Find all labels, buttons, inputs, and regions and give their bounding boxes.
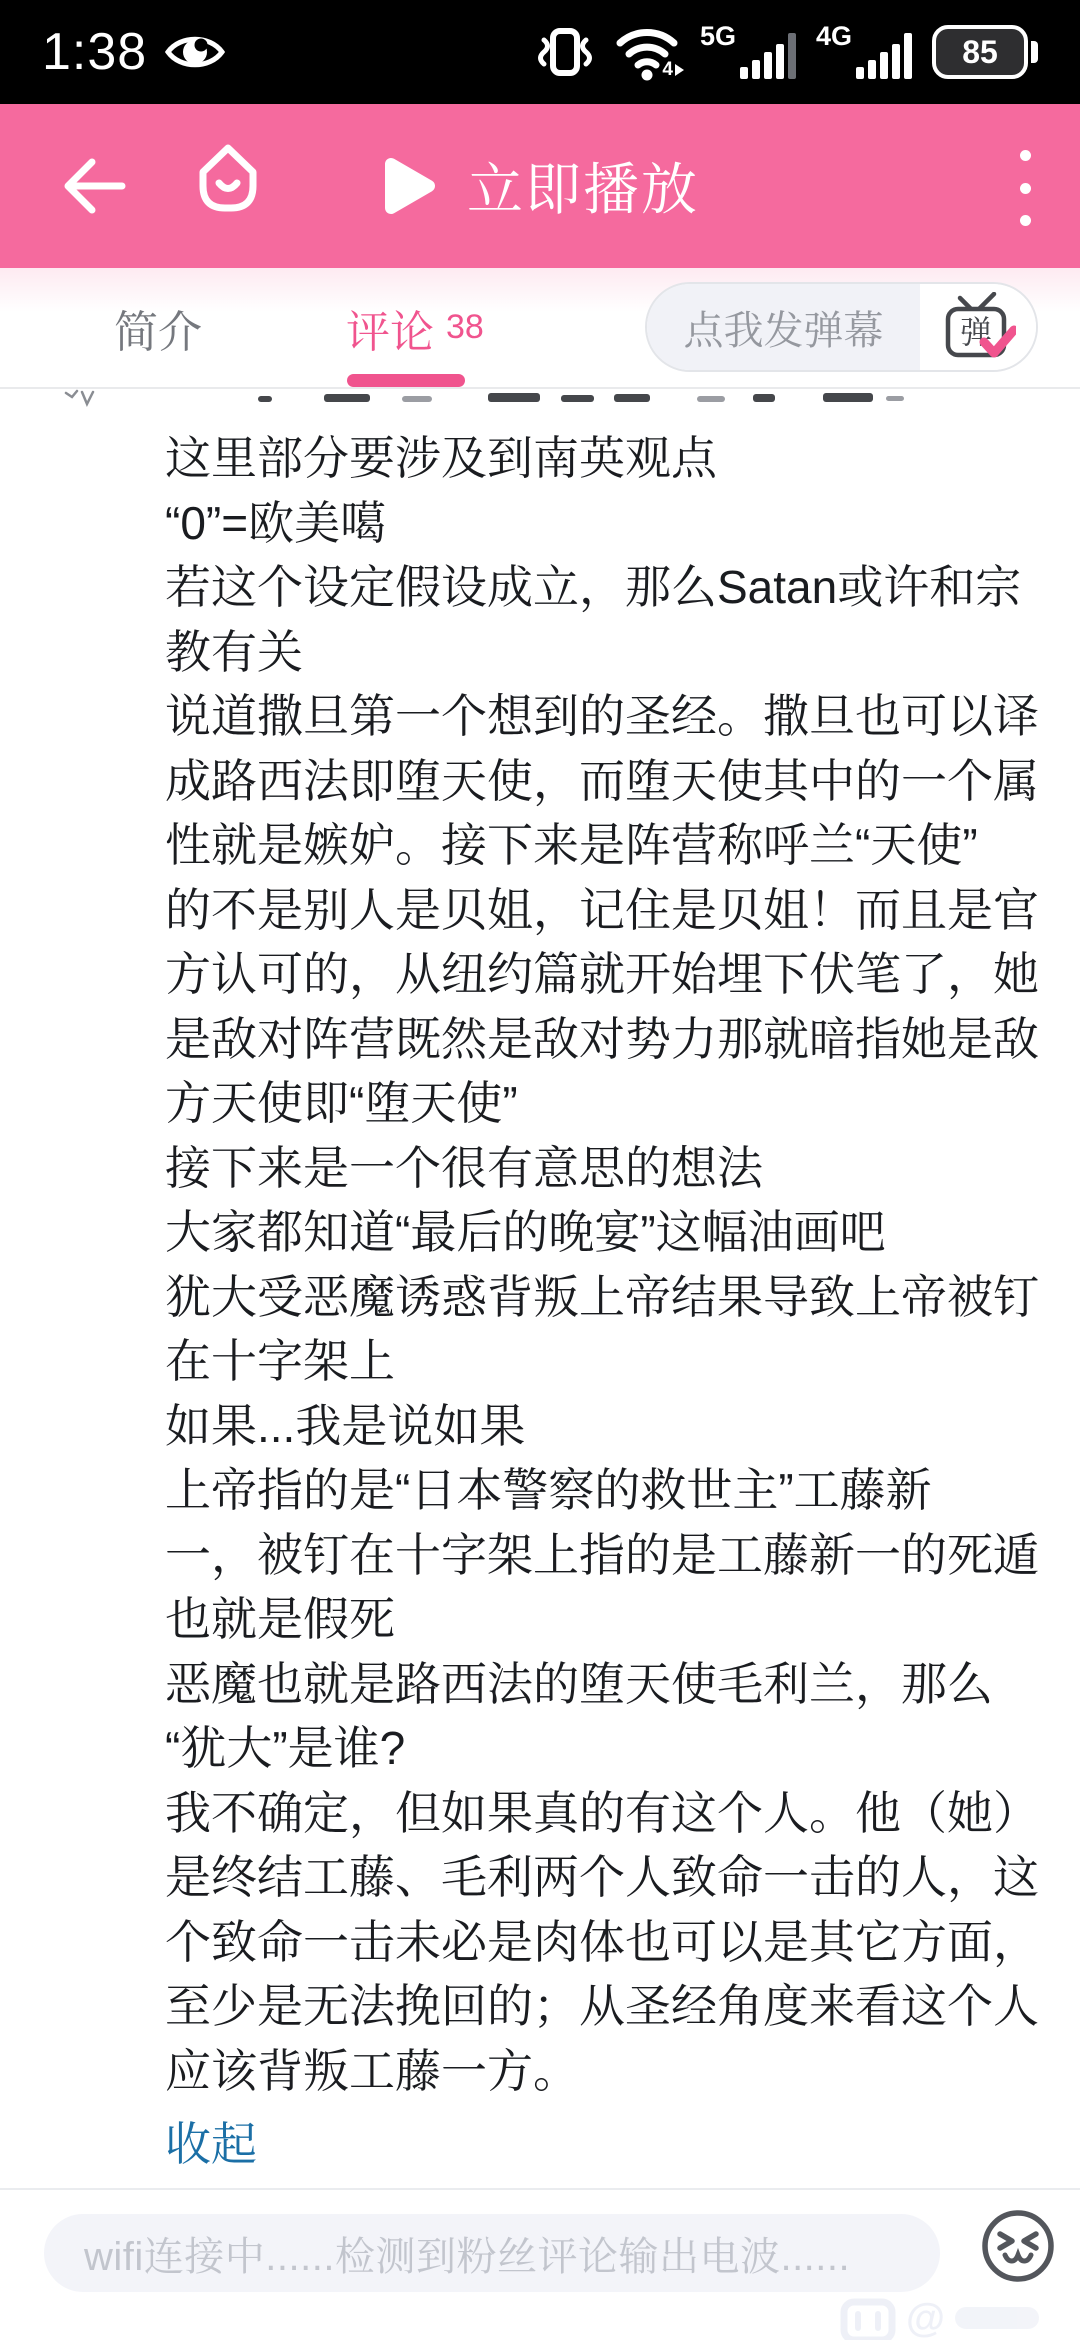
play-now-button[interactable]: 立即播放	[0, 104, 1080, 268]
comment-composer-bar: @ wifi连接中......检测到粉丝评论输出电波......	[0, 2188, 1080, 2340]
status-time: 1:38	[42, 26, 147, 78]
more-menu-icon[interactable]	[1018, 150, 1032, 226]
battery-icon: 85	[932, 25, 1038, 79]
bilibili-video-comment-screen: 1:38 4 5G	[0, 0, 1080, 2340]
play-icon	[381, 156, 437, 216]
signal-4g-icon: 4G	[816, 23, 912, 81]
collapse-comment-link[interactable]: 收起	[165, 2112, 257, 2176]
watermark-tv-icon	[840, 2294, 896, 2340]
scrolled-text-remnant	[0, 389, 1080, 409]
tab-comments-label: 评论	[346, 296, 434, 360]
comment-input[interactable]: wifi连接中......检测到粉丝评论输出电波......	[44, 2214, 940, 2292]
app-header: 立即播放	[0, 104, 1080, 268]
watermark-at: @	[906, 2296, 945, 2340]
wifi-speed-badge: 4	[662, 59, 684, 81]
danmaku-tv-icon: 弹	[940, 292, 1016, 362]
active-tab-indicator	[347, 374, 465, 387]
battery-percent: 85	[962, 36, 998, 68]
remnant-scribble	[64, 389, 104, 407]
eye-protection-icon	[163, 29, 227, 75]
comment-count: 38	[446, 308, 484, 347]
tab-comments[interactable]: 评论 38	[346, 268, 484, 387]
status-bar: 1:38 4 5G	[0, 0, 1080, 104]
signal-5g-icon: 5G	[700, 23, 796, 81]
wifi-icon: 4	[614, 23, 680, 81]
tab-intro[interactable]: 简介	[114, 268, 202, 387]
tab-bar: 简介 评论 38 点我发弹幕 弹	[0, 268, 1080, 389]
comment-body-text: 这里部分要涉及到南英观点 “0”=欧美噶 若这个设定假设成立，那么Satan或许…	[165, 426, 1065, 2103]
vibrate-icon	[536, 25, 594, 81]
play-now-label: 立即播放	[467, 146, 699, 226]
comment-input-placeholder: wifi连接中......检测到粉丝评论输出电波......	[84, 2225, 850, 2282]
watermark-name-blob	[955, 2307, 1039, 2329]
emoji-picker-icon[interactable]	[978, 2206, 1058, 2286]
danmaku-pill: 点我发弹幕 弹	[645, 282, 1038, 372]
danmaku-input[interactable]: 点我发弹幕	[647, 284, 920, 370]
comment-area: 这里部分要涉及到南英观点 “0”=欧美噶 若这个设定假设成立，那么Satan或许…	[0, 389, 1080, 2188]
video-watermark: @	[840, 2294, 1039, 2340]
danmaku-toggle[interactable]: 弹	[920, 284, 1036, 370]
